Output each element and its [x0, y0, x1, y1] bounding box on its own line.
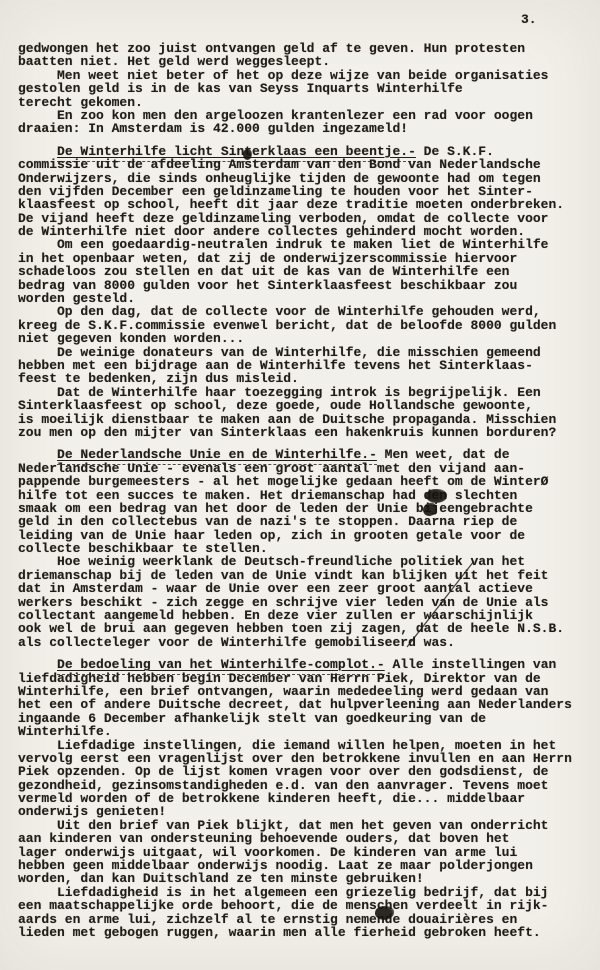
text-line: kreeg de S.K.F.commissie evenwel bericht… — [18, 319, 596, 332]
paragraph: Liefdadige instellingen, die iemand will… — [18, 739, 596, 819]
text-line: De weinige donateurs van de Winterhilfe,… — [18, 346, 596, 359]
text-line: hebben geen middelbaar onderwijs noodig.… — [18, 859, 596, 872]
text-line: draaien: In Amsterdam is 42.000 gulden i… — [18, 122, 596, 135]
text-line: aan kinderen van ondersteuning behoevend… — [18, 832, 596, 845]
text-line: zou men op den mijter van Sinterklaas ee… — [18, 426, 596, 439]
text-line: de Winterhilfe niet door andere collecte… — [18, 225, 596, 238]
text-line: hebben met een bijdrage aan de Winterhil… — [18, 359, 596, 372]
text-line: vermeld worden of de betrokkene kinderen… — [18, 792, 596, 805]
text-line: baatten niet. Het geld werd weggesleept. — [18, 55, 596, 68]
paragraph: En zoo kon men den argeloozen krantenlez… — [18, 109, 596, 136]
text-line: hilfe tot een succes te maken. Het driem… — [18, 489, 596, 502]
text-line: Hoe weinig weerklank de Deutsch-freundli… — [18, 555, 596, 568]
text-line: Nederlandsche Unie - evenals een groot a… — [18, 462, 596, 475]
text-line: Om een goedaardig-neutralen indruk te ma… — [18, 238, 596, 251]
text-line: De Nederlandsche Unie en de Winterhilfe.… — [18, 448, 596, 461]
paragraph: Liefdadigheid is in het algemeen een gri… — [18, 886, 596, 940]
paragraph: Uit den brief van Piek blijkt, dat men h… — [18, 819, 596, 886]
text-line: collectant aangemeld hebben. En deze vie… — [18, 609, 596, 622]
text-line: geld in den collectebus van de nazi's te… — [18, 515, 596, 528]
document-page: 3. gedwongen het zoo juist ontvangen gel… — [0, 0, 600, 970]
text-line: liefdadigheid hebben begin December van … — [18, 672, 596, 685]
section-paragraph: De bedoeling van het Winterhilfe-complot… — [18, 658, 596, 738]
body-text: gedwongen het zoo juist ontvangen geld a… — [18, 42, 596, 939]
text-line: Onderwijzers, die sinds onheuglijke tijd… — [18, 172, 596, 185]
text-line: feest te bedenken, zijn dus misleid. — [18, 372, 596, 385]
text-line: Piek opzenden. Op de lijst komen vragen … — [18, 765, 596, 778]
text-line: Sinterklaasfeest op school, deze goede, … — [18, 399, 596, 412]
section-paragraph: De Winterhilfe licht Sinterklaas een bee… — [18, 145, 596, 239]
paragraph: Dat de Winterhilfe haar toezegging intro… — [18, 386, 596, 440]
text-line: De vijand heeft deze geldinzameling verb… — [18, 212, 596, 225]
text-line: gestolen geld is in de kas van Seyss Inq… — [18, 82, 596, 95]
text-line: terecht gekomen. — [18, 96, 596, 109]
text-line: Liefdadigheid is in het algemeen een gri… — [18, 886, 596, 899]
text-line: onderwijs genieten! — [18, 805, 596, 818]
text-line: worden, dan kan Duitschland ze ten minst… — [18, 872, 596, 885]
text-line: Winterhilfe. — [18, 725, 596, 738]
text-line: gezondheid, gezinsomstandigheden e.d. va… — [18, 779, 596, 792]
text-line: den vijfden December een geldinzameling … — [18, 185, 596, 198]
paragraph: Om een goedaardig-neutralen indruk te ma… — [18, 238, 596, 305]
text-line: schadeloos zou stellen en dat uit de kas… — [18, 265, 596, 278]
page-number: 3. — [521, 12, 537, 27]
text-line: smaak om een bedrag van het door de lede… — [18, 502, 596, 515]
text-line: dat in Amsterdam - waar de Unie over een… — [18, 582, 596, 595]
text-line: in het openbaar weten, dat zij de onderw… — [18, 252, 596, 265]
text-line: Winterhilfe, een brief ontvangen, waarin… — [18, 685, 596, 698]
text-line: bedrag van 8000 gulden voor het Sinterkl… — [18, 279, 596, 292]
text-line: commissie uit de afdeeling Amsterdam van… — [18, 158, 596, 171]
text-line: ook wel de brui aan gegeven hebben toen … — [18, 622, 596, 635]
text-line: leiding van de Unie haar leden op, zich … — [18, 529, 596, 542]
text-line: Liefdadige instellingen, die iemand will… — [18, 739, 596, 752]
text-line: driemanschap bij de leden van de Unie vi… — [18, 569, 596, 582]
text-line: een maatschappelijke orde behoort, die d… — [18, 899, 596, 912]
text-line: Op den dag, dat de collecte voor de Wint… — [18, 305, 596, 318]
text-line: En zoo kon men den argeloozen krantenlez… — [18, 109, 596, 122]
text-line: worden gesteld. — [18, 292, 596, 305]
paragraph: Men weet niet beter of het op deze wijze… — [18, 69, 596, 109]
text-line: lieden met gebogen ruggen, waarin men al… — [18, 926, 596, 939]
text-line: werkers beschikt - zich zegge en schrijv… — [18, 596, 596, 609]
text-line: het een of andere Duitsche decreet, dat … — [18, 698, 596, 711]
text-line: aards en arme lui, zichzelf al te ernsti… — [18, 913, 596, 926]
paragraph: Op den dag, dat de collecte voor de Wint… — [18, 305, 596, 345]
text-line: klaasfeest op school, heeft dit jaar dez… — [18, 198, 596, 211]
text-line: Men weet niet beter of het op deze wijze… — [18, 69, 596, 82]
text-line: De bedoeling van het Winterhilfe-complot… — [18, 658, 596, 671]
text-line: is moeilijk dienstbaar te maken aan de D… — [18, 413, 596, 426]
text-line: pappende burgemeesters - al het mogelijk… — [18, 475, 596, 488]
text-line: als collecteleger voor de Winterhilfe ge… — [18, 636, 596, 649]
text-line: De Winterhilfe licht Sinterklaas een bee… — [18, 145, 596, 158]
paragraph: De weinige donateurs van de Winterhilfe,… — [18, 346, 596, 386]
text-line: vervolg eerst een vragenlijst over den b… — [18, 752, 596, 765]
text-line: collecte beschikbaar te stellen. — [18, 542, 596, 555]
text-line: ingaande 6 December afhankelijk stelt va… — [18, 712, 596, 725]
paragraph: gedwongen het zoo juist ontvangen geld a… — [18, 42, 596, 69]
text-line: gedwongen het zoo juist ontvangen geld a… — [18, 42, 596, 55]
text-line: Dat de Winterhilfe haar toezegging intro… — [18, 386, 596, 399]
text-line: lager onderwijs uitgaat, wil voorkomen. … — [18, 846, 596, 859]
section-paragraph: De Nederlandsche Unie en de Winterhilfe.… — [18, 448, 596, 555]
paragraph: Hoe weinig weerklank de Deutsch-freundli… — [18, 555, 596, 649]
text-line: niet gegeven konden worden... — [18, 332, 596, 345]
text-line: Uit den brief van Piek blijkt, dat men h… — [18, 819, 596, 832]
